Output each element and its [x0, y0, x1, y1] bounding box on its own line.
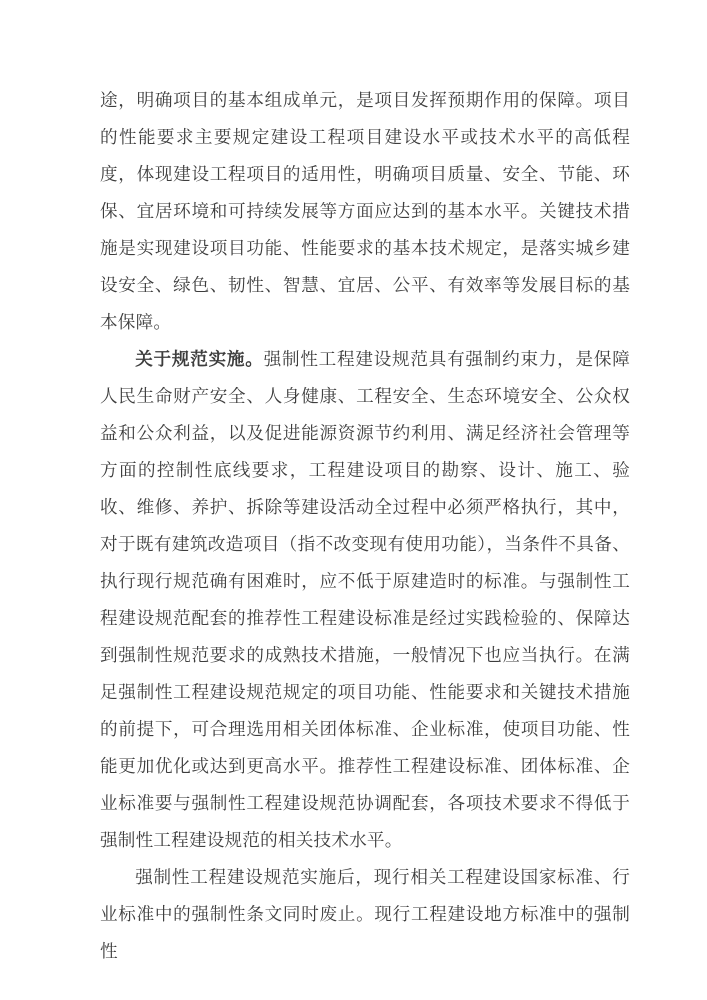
paragraph-lead-bold: 关于规范实施。: [135, 349, 263, 369]
paragraph-text: 途，明确项目的基本组成单元，是项目发挥预期作用的保障。项目的性能要求主要规定建设…: [100, 90, 630, 332]
paragraph-text: 强制性工程建设规范具有强制约束力，是保障人民生命财产安全、人身健康、工程安全、生…: [100, 349, 630, 850]
paragraph-continuation: 途，明确项目的基本组成单元，是项目发挥预期作用的保障。项目的性能要求主要规定建设…: [100, 82, 630, 341]
paragraph-standards-abolition: 强制性工程建设规范实施后，现行相关工程建设国家标准、行业标准中的强制性条文同时废…: [100, 859, 630, 970]
document-page: 途，明确项目的基本组成单元，是项目发挥预期作用的保障。项目的性能要求主要规定建设…: [0, 0, 707, 1000]
document-text-block: 途，明确项目的基本组成单元，是项目发挥预期作用的保障。项目的性能要求主要规定建设…: [100, 82, 630, 970]
paragraph-text: 强制性工程建设规范实施后，现行相关工程建设国家标准、行业标准中的强制性条文同时废…: [100, 867, 630, 961]
paragraph-regulation-implementation: 关于规范实施。强制性工程建设规范具有强制约束力，是保障人民生命财产安全、人身健康…: [100, 341, 630, 859]
